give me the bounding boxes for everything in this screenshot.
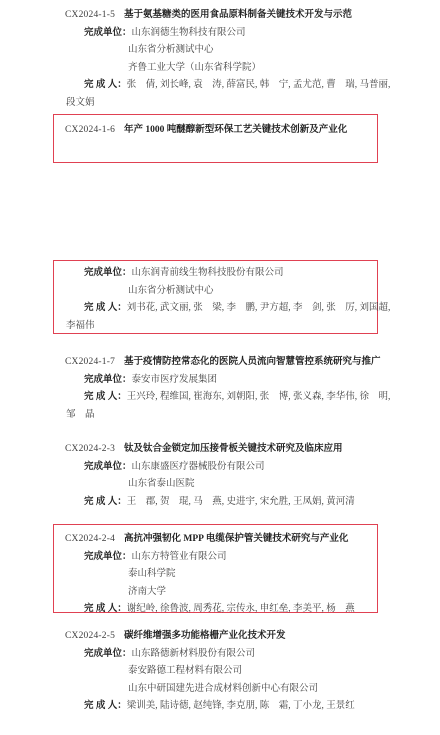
people-names: 王 郡, 贺 琨, 马 燕, 史进宇, 宋允胜, 王凤娟, 黄河清 xyxy=(127,497,355,507)
unit-name: 山东润青前线生物科技股份有限公司 xyxy=(132,268,284,278)
section-cx2024-2-4: CX2024-2-4高抗冲强韧化 MPP 电缆保护管关键技术研究与产业化 完成单… xyxy=(0,531,440,619)
units-label: 完成单位： xyxy=(84,552,132,562)
units-label: 完成单位： xyxy=(84,375,132,385)
project-title: 高抗冲强韧化 MPP 电缆保护管关键技术研究与产业化 xyxy=(124,534,348,544)
project-heading: CX2024-1-5基于氨基糖类的医用食品原料制备关键技术开发与示范 xyxy=(0,7,440,25)
project-code: CX2024-1-5 xyxy=(65,7,115,25)
section-cx2024-1-7: CX2024-1-7基于疫情防控常态化的医院人员流向智慧管控系统研究与推广 完成… xyxy=(0,354,440,424)
people-names-wrap: 段文娟 xyxy=(0,95,440,113)
project-code: CX2024-2-5 xyxy=(65,628,115,646)
project-heading: CX2024-1-6年产 1000 吨醚醇新型环保工艺关键技术创新及产业化 xyxy=(0,122,440,140)
document-page: CX2024-1-5基于氨基糖类的医用食品原料制备关键技术开发与示范 完成单位：… xyxy=(0,0,440,735)
people-label: 完 成 人： xyxy=(84,497,127,507)
units-label: 完成单位： xyxy=(84,649,132,659)
project-code: CX2024-2-3 xyxy=(65,441,115,459)
section-cx2024-2-5: CX2024-2-5碳纤维增强多功能格栅产业化技术开发 完成单位：山东路德新材料… xyxy=(0,628,440,716)
units-label: 完成单位： xyxy=(84,28,132,38)
unit-name: 山东中研国建先进合成材料创新中心有限公司 xyxy=(0,681,440,699)
project-title: 钛及钛合金锁定加压接骨板关键技术研究及临床应用 xyxy=(124,444,343,454)
people-label: 完 成 人： xyxy=(84,80,127,90)
people-names-wrap: 李福伟 xyxy=(0,318,440,336)
people-names: 张 倩, 刘长峰, 袁 涛, 薛富民, 韩 宁, 孟尤范, 曹 瑞, 马普丽, xyxy=(127,80,391,90)
section-cx2024-1-6: CX2024-1-6年产 1000 吨醚醇新型环保工艺关键技术创新及产业化 xyxy=(0,122,440,140)
unit-name: 泰山科学院 xyxy=(0,566,440,584)
people-label: 完 成 人： xyxy=(84,392,127,402)
people-line: 完 成 人：张 倩, 刘长峰, 袁 涛, 薛富民, 韩 宁, 孟尤范, 曹 瑞,… xyxy=(0,77,440,95)
people-names: 谢纪岭, 徐鲁波, 周秀花, 宗传永, 申红垒, 李美平, 杨 燕 xyxy=(127,604,355,614)
people-names-wrap: 邹 晶 xyxy=(0,407,440,425)
people-line: 完 成 人：王 郡, 贺 琨, 马 燕, 史进宇, 宋允胜, 王凤娟, 黄河清 xyxy=(0,494,440,512)
units-line: 完成单位：山东方特管业有限公司 xyxy=(0,549,440,567)
unit-name: 齐鲁工业大学（山东省科学院） xyxy=(0,60,440,78)
units-line: 完成单位：泰安市医疗发展集团 xyxy=(0,372,440,390)
section-cx2024-2-3: CX2024-2-3钛及钛合金锁定加压接骨板关键技术研究及临床应用 完成单位：山… xyxy=(0,441,440,511)
people-line: 完 成 人：王兴玲, 程维国, 崔海东, 刘朝阳, 张 博, 张义森, 李华伟,… xyxy=(0,389,440,407)
people-line: 完 成 人：谢纪岭, 徐鲁波, 周秀花, 宗传永, 申红垒, 李美平, 杨 燕 xyxy=(0,601,440,619)
unit-name: 山东省泰山医院 xyxy=(0,476,440,494)
people-label: 完 成 人： xyxy=(84,303,127,313)
units-label: 完成单位： xyxy=(84,268,132,278)
unit-name: 山东润德生物科技有限公司 xyxy=(132,28,246,38)
people-line: 完 成 人：梁训美, 陆诗德, 赵纯锋, 李克朋, 陈 霜, 丁小龙, 王景红 xyxy=(0,698,440,716)
unit-name: 山东省分析测试中心 xyxy=(0,283,440,301)
unit-name: 济南大学 xyxy=(0,584,440,602)
section-cx2024-1-5: CX2024-1-5基于氨基糖类的医用食品原料制备关键技术开发与示范 完成单位：… xyxy=(0,7,440,112)
section-cx2024-1-6-details: 完成单位：山东润青前线生物科技股份有限公司 山东省分析测试中心 完 成 人：刘书… xyxy=(0,265,440,335)
project-heading: CX2024-2-4高抗冲强韧化 MPP 电缆保护管关键技术研究与产业化 xyxy=(0,531,440,549)
unit-name: 山东路德新材料股份有限公司 xyxy=(132,649,256,659)
unit-name: 山东康盛医疗器械股份有限公司 xyxy=(132,462,265,472)
people-label: 完 成 人： xyxy=(84,604,127,614)
project-title: 基于氨基糖类的医用食品原料制备关键技术开发与示范 xyxy=(124,10,352,20)
project-heading: CX2024-2-5碳纤维增强多功能格栅产业化技术开发 xyxy=(0,628,440,646)
unit-name: 泰安市医疗发展集团 xyxy=(132,375,218,385)
project-code: CX2024-1-7 xyxy=(65,354,115,372)
project-heading: CX2024-1-7基于疫情防控常态化的医院人员流向智慧管控系统研究与推广 xyxy=(0,354,440,372)
unit-name: 泰安路德工程材料有限公司 xyxy=(0,663,440,681)
project-code: CX2024-2-4 xyxy=(65,531,115,549)
project-code: CX2024-1-6 xyxy=(65,122,115,140)
people-label: 完 成 人： xyxy=(84,701,127,711)
units-line: 完成单位：山东润青前线生物科技股份有限公司 xyxy=(0,265,440,283)
units-line: 完成单位：山东润德生物科技有限公司 xyxy=(0,25,440,43)
units-label: 完成单位： xyxy=(84,462,132,472)
project-title: 年产 1000 吨醚醇新型环保工艺关键技术创新及产业化 xyxy=(124,125,347,135)
units-line: 完成单位：山东路德新材料股份有限公司 xyxy=(0,646,440,664)
people-names: 梁训美, 陆诗德, 赵纯锋, 李克朋, 陈 霜, 丁小龙, 王景红 xyxy=(127,701,355,711)
people-names: 王兴玲, 程维国, 崔海东, 刘朝阳, 张 博, 张义森, 李华伟, 徐 明, xyxy=(127,392,391,402)
project-heading: CX2024-2-3钛及钛合金锁定加压接骨板关键技术研究及临床应用 xyxy=(0,441,440,459)
units-line: 完成单位：山东康盛医疗器械股份有限公司 xyxy=(0,459,440,477)
unit-name: 山东省分析测试中心 xyxy=(0,42,440,60)
people-line: 完 成 人：刘书花, 武文丽, 张 梁, 李 鹏, 尹方超, 李 剑, 张 厉,… xyxy=(0,300,440,318)
unit-name: 山东方特管业有限公司 xyxy=(132,552,227,562)
project-title: 碳纤维增强多功能格栅产业化技术开发 xyxy=(124,631,286,641)
people-names: 刘书花, 武文丽, 张 梁, 李 鹏, 尹方超, 李 剑, 张 厉, 刘国超, xyxy=(127,303,391,313)
project-title: 基于疫情防控常态化的医院人员流向智慧管控系统研究与推广 xyxy=(124,357,381,367)
